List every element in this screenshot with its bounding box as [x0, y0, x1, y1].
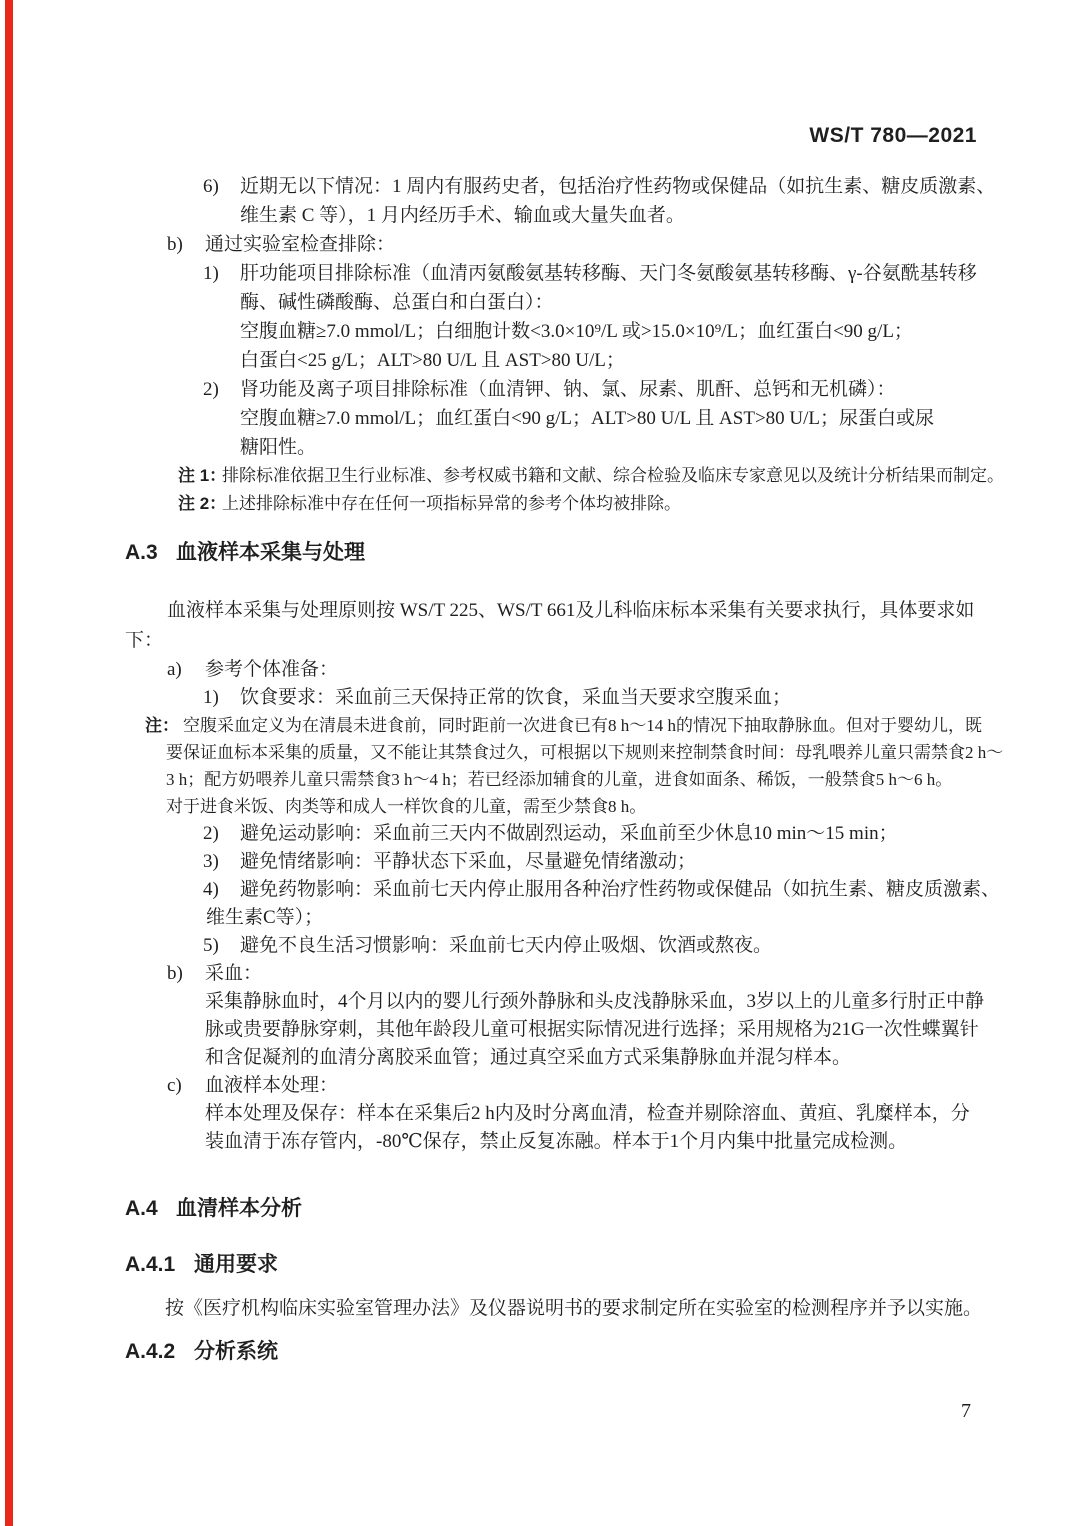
sample-process-line2: 装血清于冻存管内，-80℃保存，禁止反复冻融。样本于1个月内集中批量完成检测。	[125, 1128, 985, 1156]
list-item-b-label: b)	[167, 230, 205, 259]
list-item-1: 1)肝功能项目排除标准（血清丙氨酸氨基转移酶、天门冬氨酸氨基转移酶、γ-谷氨酰基…	[125, 259, 985, 288]
list-item-b: b)通过实验室检查排除：	[125, 230, 985, 259]
document-body: 6)近期无以下情况：1 周内有服药史者，包括治疗性药物或保健品（如抗生素、糖皮质…	[0, 172, 1080, 1367]
list-item-1-label: 1)	[203, 259, 240, 288]
list-item-a1-text: 饮食要求：采血前三天保持正常的饮食，采血当天要求空腹采血；	[240, 687, 791, 708]
list-item-a4-label: 4)	[203, 876, 240, 904]
list-item-bb-text: 采血：	[205, 963, 262, 984]
footnote-1: 注 1：排除标准依据卫生行业标准、参考权威书籍和文献、综合检验及临床专家意见以及…	[125, 462, 985, 490]
intro-paragraph-line2: 下：	[125, 626, 985, 656]
fasting-note-line3: 3 h；配方奶喂养儿童只需禁食3 h～4 h；若已经添加辅食的儿童，进食如面条、…	[125, 766, 985, 793]
section-heading-a41: A.4.1通用要求	[125, 1250, 985, 1280]
list-item-a: a)参考个体准备：	[125, 656, 985, 684]
footnote-1-label: 注 1：	[178, 462, 222, 490]
list-item-1-cont: 酶、碱性磷酸酶、总蛋白和白蛋白）：	[125, 288, 985, 317]
list-item-1-criteria-1: 空腹血糖≥7.0 mmol/L；白细胞计数<3.0×10⁹/L 或>15.0×1…	[125, 317, 985, 346]
footnote-2-label: 注 2：	[178, 490, 222, 518]
section-heading-a3: A.3血液样本采集与处理	[125, 538, 985, 568]
list-item-a2-text: 避免运动影响：采血前三天内不做剧烈运动，采血前至少休息10 min～15 min…	[240, 823, 898, 844]
list-item-b-text: 通过实验室检查排除：	[205, 234, 395, 255]
list-item-6-text: 近期无以下情况：1 周内有服药史者，包括治疗性药物或保健品（如抗生素、糖皮质激素…	[240, 176, 995, 197]
list-item-2: 2)肾功能及离子项目排除标准（血清钾、钠、氯、尿素、肌酐、总钙和无机磷）：	[125, 375, 985, 404]
blood-draw-line2: 脉或贵要静脉穿刺，其他年龄段儿童可根据实际情况进行选择；采用规格为21G一次性蝶…	[125, 1016, 985, 1044]
list-item-6-label: 6)	[203, 172, 240, 201]
list-item-c: c)血液样本处理：	[125, 1072, 985, 1100]
list-item-1-criteria-2: 白蛋白<25 g/L；ALT>80 U/L 且 AST>80 U/L；	[125, 346, 985, 375]
list-item-c-label: c)	[167, 1072, 205, 1100]
section-a42-number: A.4.2	[125, 1337, 194, 1367]
list-item-a-text: 参考个体准备：	[205, 659, 338, 680]
section-a4-number: A.4	[125, 1194, 176, 1224]
list-item-a4-cont: 维生素C等）；	[125, 904, 985, 932]
fasting-note-label: 注：	[145, 712, 183, 739]
section-a3-title: 血液样本采集与处理	[176, 541, 365, 564]
list-item-2-text: 肾功能及离子项目排除标准（血清钾、钠、氯、尿素、肌酐、总钙和无机磷）：	[240, 379, 896, 400]
blood-draw-line3: 和含促凝剂的血清分离胶采血管；通过真空采血方式采集静脉血并混匀样本。	[125, 1044, 985, 1072]
general-requirements-paragraph: 按《医疗机构临床实验室管理办法》及仪器说明书的要求制定所在实验室的检测程序并予以…	[125, 1294, 985, 1323]
footnote-1-text: 排除标准依据卫生行业标准、参考权威书籍和文献、综合检验及临床专家意见以及统计分析…	[222, 466, 1004, 485]
document-page: WS/T 780—2021 6)近期无以下情况：1 周内有服药史者，包括治疗性药…	[0, 0, 1080, 1526]
list-item-a5-text: 避免不良生活习惯影响：采血前七天内停止吸烟、饮酒或熬夜。	[240, 935, 772, 956]
section-a42-title: 分析系统	[194, 1340, 278, 1363]
list-item-a2-label: 2)	[203, 820, 240, 848]
list-item-2-label: 2)	[203, 375, 240, 404]
blood-draw-line1: 采集静脉血时，4个月以内的婴儿行颈外静脉和头皮浅静脉采血，3岁以上的儿童多行肘正…	[125, 988, 985, 1016]
list-item-c-text: 血液样本处理：	[205, 1075, 338, 1096]
footnote-2: 注 2：上述排除标准中存在任何一项指标异常的参考个体均被排除。	[125, 490, 985, 518]
sample-process-line1: 样本处理及保存：样本在采集后2 h内及时分离血清，检查并剔除溶血、黄疸、乳糜样本…	[125, 1100, 985, 1128]
list-item-a2: 2)避免运动影响：采血前三天内不做剧烈运动，采血前至少休息10 min～15 m…	[125, 820, 985, 848]
list-item-a1-label: 1)	[203, 684, 240, 712]
page-number: 7	[961, 1400, 971, 1423]
list-item-6: 6)近期无以下情况：1 周内有服药史者，包括治疗性药物或保健品（如抗生素、糖皮质…	[125, 172, 985, 201]
list-item-a4-text: 避免药物影响：采血前七天内停止服用各种治疗性药物或保健品（如抗生素、糖皮质激素、	[240, 879, 1000, 900]
section-heading-a42: A.4.2分析系统	[125, 1337, 985, 1367]
list-item-1-text: 肝功能项目排除标准（血清丙氨酸氨基转移酶、天门冬氨酸氨基转移酶、γ-谷氨酰基转移	[240, 263, 977, 284]
list-item-a4: 4)避免药物影响：采血前七天内停止服用各种治疗性药物或保健品（如抗生素、糖皮质激…	[125, 876, 985, 904]
fasting-note-text1: 空腹采血定义为在清晨未进食前，同时距前一次进食已有8 h～14 h的情况下抽取静…	[183, 716, 982, 735]
list-item-2-criteria-1: 空腹血糖≥7.0 mmol/L；血红蛋白<90 g/L；ALT>80 U/L 且…	[125, 404, 985, 433]
list-item-a-label: a)	[167, 656, 205, 684]
fasting-note-line2: 要保证血标本采集的质量，又不能让其禁食过久，可根据以下规则来控制禁食时间：母乳喂…	[125, 739, 985, 766]
list-item-a3-label: 3)	[203, 848, 240, 876]
intro-paragraph-line1: 血液样本采集与处理原则按 WS/T 225、WS/T 661及儿科临床标本采集有…	[125, 596, 985, 626]
section-a41-title: 通用要求	[194, 1253, 278, 1276]
fasting-note-line4: 对于进食米饭、肉类等和成人一样饮食的儿童，需至少禁食8 h。	[125, 793, 985, 820]
section-heading-a4: A.4血清样本分析	[125, 1194, 985, 1224]
list-item-6-cont: 维生素 C 等），1 月内经历手术、输血或大量失血者。	[125, 201, 985, 230]
section-a4-title: 血清样本分析	[176, 1197, 302, 1220]
list-item-a1: 1)饮食要求：采血前三天保持正常的饮食，采血当天要求空腹采血；	[125, 684, 985, 712]
footnote-2-text: 上述排除标准中存在任何一项指标异常的参考个体均被排除。	[222, 494, 681, 513]
list-item-a5-label: 5)	[203, 932, 240, 960]
fasting-note-line1: 注：空腹采血定义为在清晨未进食前，同时距前一次进食已有8 h～14 h的情况下抽…	[125, 712, 985, 739]
list-item-bb: b)采血：	[125, 960, 985, 988]
section-a41-number: A.4.1	[125, 1250, 194, 1280]
standard-number-header: WS/T 780—2021	[809, 124, 977, 148]
section-a3-number: A.3	[125, 538, 176, 568]
list-item-2-criteria-2: 糖阳性。	[125, 433, 985, 462]
list-item-bb-label: b)	[167, 960, 205, 988]
list-item-a5: 5)避免不良生活习惯影响：采血前七天内停止吸烟、饮酒或熬夜。	[125, 932, 985, 960]
list-item-a3: 3)避免情绪影响：平静状态下采血，尽量避免情绪激动；	[125, 848, 985, 876]
list-item-a3-text: 避免情绪影响：平静状态下采血，尽量避免情绪激动；	[240, 851, 696, 872]
red-margin-line	[5, 0, 13, 1526]
